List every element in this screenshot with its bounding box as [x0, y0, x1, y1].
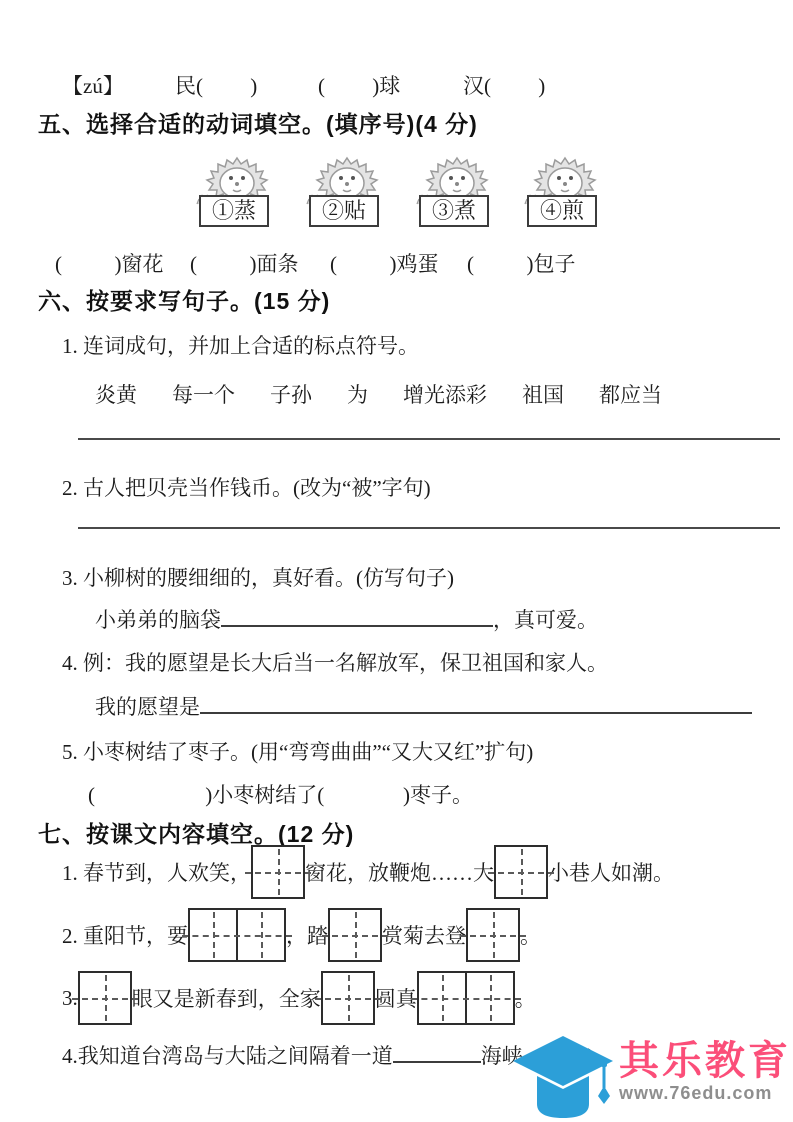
q2-text: 2. 重阳节，要 — [62, 920, 188, 950]
q2-prompt: 2. 古人把贝壳当作钱币。(改为“被”字句) — [62, 472, 431, 502]
word-item: 炎黄 — [95, 379, 137, 409]
tianzige-double-box — [417, 971, 515, 1025]
fill-blank-min: 民( ) — [175, 70, 257, 100]
q1-word-bank: 炎黄 每一个 子孙 为 增光添彩 祖国 都应当 — [95, 379, 662, 409]
q1-text: 窗花，放鞭炮……大 — [305, 857, 494, 887]
answer-blank-baozi: ( )包子 — [467, 248, 576, 278]
verb-option-figure: ①蒸 — [194, 156, 274, 227]
answer-blank-miantiao: ( )面条 — [190, 248, 299, 278]
graduation-cap-icon — [509, 1028, 617, 1122]
tianzige-box — [321, 971, 375, 1025]
q5-prompt: 5. 小枣树结了枣子。(用“弯弯曲曲”“又大又红”扩句) — [62, 736, 533, 766]
word-item: 祖国 — [522, 379, 564, 409]
brand-text-block: 其乐教育 www.76edu.com — [619, 1028, 791, 1104]
tianzige-box — [466, 908, 520, 962]
q4-answer-prefix: 我的愿望是 — [95, 695, 200, 719]
q3-text: 眼又是新春到，全家 — [132, 983, 321, 1013]
brand-url: www.76edu.com — [619, 1082, 772, 1104]
verb-option-3: ③煮 — [419, 195, 489, 227]
q2-text: 赏菊去登 — [382, 920, 466, 950]
word-item: 子孙 — [270, 379, 312, 409]
word-item: 为 — [347, 379, 368, 409]
section5-heading: 五、选择合适的动词填空。(填序号)(4 分) — [38, 106, 478, 139]
q3-answer-line: 小弟弟的脑袋，真可爱。 — [95, 604, 598, 634]
q5-answer-line: ( )小枣树结了( )枣子。 — [88, 779, 473, 809]
fill-blank-han: 汉( ) — [463, 70, 545, 100]
s7-q1-row: 1. 春节到，人欢笑， 窗花，放鞭炮……大 小巷人如潮。 — [62, 845, 674, 899]
q3-answer-suffix: ，真可爱。 — [493, 608, 598, 632]
q4-prompt: 4. 例：我的愿望是长大后当一名解放军，保卫祖国和家人。 — [62, 647, 608, 677]
tianzige-box — [251, 845, 305, 899]
q4-answer-line: 我的愿望是 — [95, 691, 752, 721]
s7-q3-row: 3. 眼又是新春到，全家 圆真 。 — [62, 971, 536, 1025]
answer-line — [78, 438, 780, 440]
tianzige-box — [494, 845, 548, 899]
verb-option-4: ④煎 — [527, 195, 597, 227]
brand-watermark: 其乐教育 www.76edu.com — [509, 1028, 791, 1122]
worksheet-page: 【zú】 民( ) ( )球 汉( ) 五、选择合适的动词填空。(填序号)(4 … — [0, 0, 793, 1122]
q1-prompt: 1. 连词成句，并加上合适的标点符号。 — [62, 330, 419, 360]
word-item: 增光添彩 — [403, 379, 487, 409]
s7-q2-row: 2. 重阳节，要 ，踏 赏菊去登 。 — [62, 908, 541, 962]
tianzige-box — [78, 971, 132, 1025]
tianzige-box — [328, 908, 382, 962]
word-item: 每一个 — [172, 379, 235, 409]
verb-option-figure: ③煮 — [414, 156, 494, 227]
word-item: 都应当 — [599, 379, 662, 409]
pinyin-label: 【zú】 — [62, 70, 124, 100]
fill-blank-qiu: ( )球 — [318, 70, 400, 100]
tianzige-double-box — [188, 908, 286, 962]
answer-blank-jidan: ( )鸡蛋 — [330, 248, 439, 278]
answer-blank — [200, 691, 752, 714]
q3-answer-prefix: 小弟弟的脑袋 — [95, 608, 221, 632]
answer-blank — [221, 604, 493, 627]
section6-heading: 六、按要求写句子。(15 分) — [38, 283, 330, 316]
verb-option-figure: ④煎 — [522, 156, 602, 227]
verb-option-1: ①蒸 — [199, 195, 269, 227]
answer-blank — [393, 1040, 481, 1063]
q1-text: 1. 春节到，人欢笑， — [62, 857, 251, 887]
q4-text: 4.我知道台湾岛与大陆之间隔着一道 — [62, 1044, 393, 1068]
answer-blank-chuanghua: ( )窗花 — [55, 248, 164, 278]
answer-line — [78, 527, 780, 529]
q1-text: 小巷人如潮。 — [548, 857, 674, 887]
brand-name: 其乐教育 — [619, 1040, 791, 1082]
verb-option-2: ②贴 — [309, 195, 379, 227]
verb-option-figure: ②贴 — [304, 156, 384, 227]
q3-prompt: 3. 小柳树的腰细细的，真好看。(仿写句子) — [62, 562, 454, 592]
